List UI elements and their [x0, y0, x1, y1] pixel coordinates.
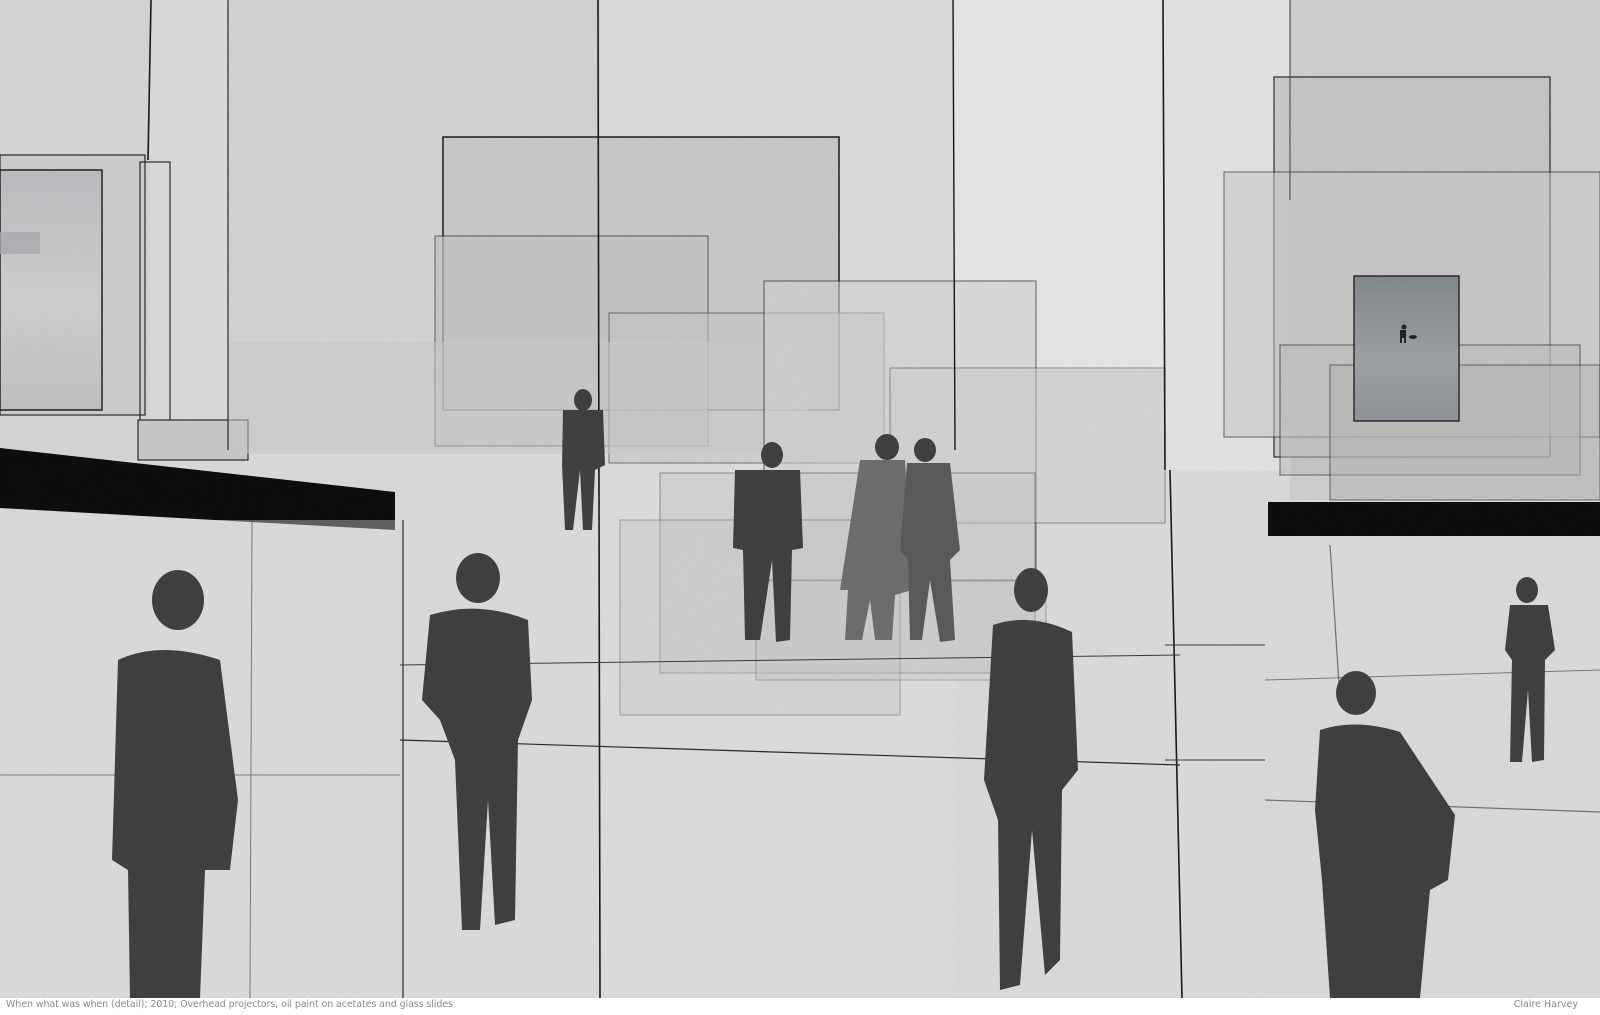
caption-bar: When what was when (detail); 2010; Overh…: [0, 998, 1600, 1015]
artwork-image: [0, 0, 1600, 998]
artwork-canvas: [0, 0, 1600, 998]
artwork-caption: When what was when (detail); 2010; Overh…: [6, 999, 453, 1010]
artist-name: Claire Harvey: [1514, 999, 1578, 1010]
